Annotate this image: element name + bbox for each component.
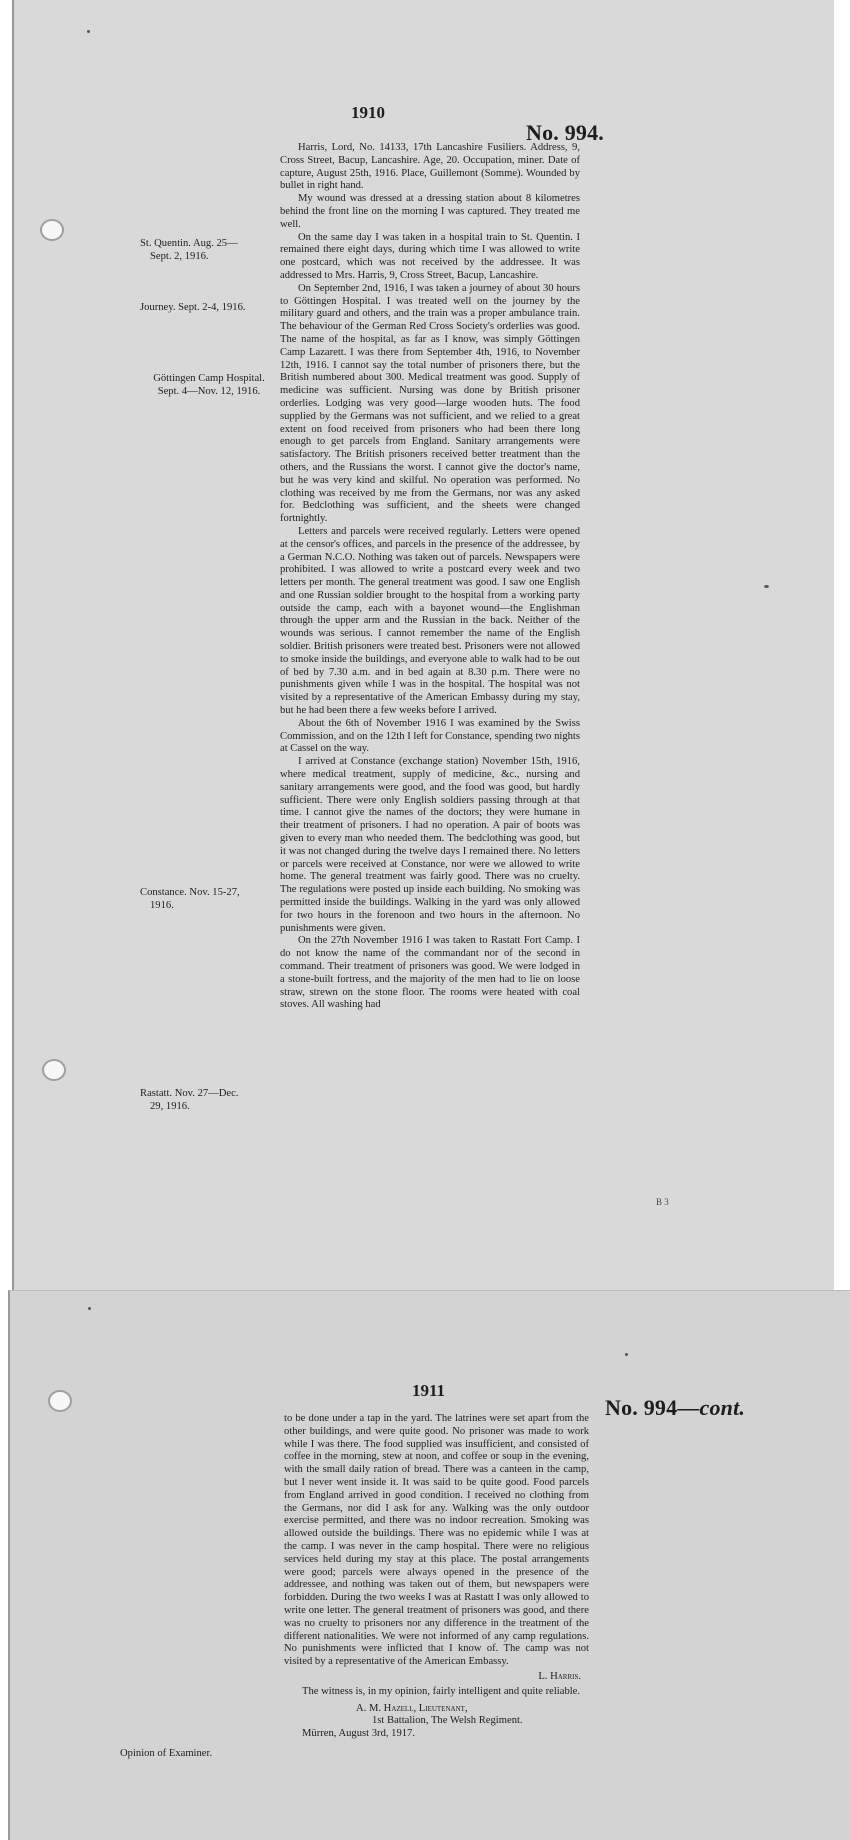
paragraph: My wound was dressed at a dressing stati… [280,193,580,231]
paragraph: to be done under a tap in the yard. The … [284,1413,589,1669]
paragraph: Letters and parcels were received regula… [280,526,580,718]
document-page-1910: 1910 No. 994. St. Quentin. Aug. 25— Sept… [12,0,834,1290]
examiner-signature: A. M. Hazell, Lieutenant, 1st Battalion,… [284,1703,589,1741]
page-number: 1910 [351,103,385,123]
paragraph: Harris, Lord, No. 14133, 17th Lancashire… [280,142,580,193]
punch-hole [40,219,64,241]
margin-note-constance: Constance. Nov. 15-27, 1916. [140,887,280,913]
margin-note-gottingen: Göttingen Camp Hospital. Sept. 4—Nov. 12… [134,373,284,399]
margin-note-rastatt: Rastatt. Nov. 27—Dec. 29, 1916. [140,1088,280,1114]
margin-note-st-quentin: St. Quentin. Aug. 25— Sept. 2, 1916. [140,238,280,264]
document-page-1911: 1911 No. 994—cont. to be done under a ta… [8,1290,850,1840]
page-number: 1911 [412,1381,445,1401]
testimony-continuation: to be done under a tap in the yard. The … [284,1413,589,1741]
witness-signature: L. Harris. [284,1671,581,1684]
examiner-opinion: The witness is, in my opinion, fairly in… [284,1686,589,1699]
paragraph: On the same day I was taken in a hospita… [280,232,580,283]
paragraph: I arrived at Constance (exchange station… [280,756,580,935]
punch-hole [42,1059,66,1081]
paragraph: About the 6th of November 1916 I was exa… [280,718,580,756]
margin-note-journey: Journey. Sept. 2-4, 1916. [140,302,280,315]
signature-mark: B 3 [656,1197,669,1207]
punch-hole [48,1390,72,1412]
document-number: No. 994—cont. [605,1395,745,1421]
margin-note-opinion: Opinion of Examiner. [120,1748,260,1761]
paragraph: On the 27th November 1916 I was taken to… [280,935,580,1012]
paragraph: On September 2nd, 1916, I was taken a jo… [280,283,580,526]
testimony-text: Harris, Lord, No. 14133, 17th Lancashire… [280,142,580,1012]
